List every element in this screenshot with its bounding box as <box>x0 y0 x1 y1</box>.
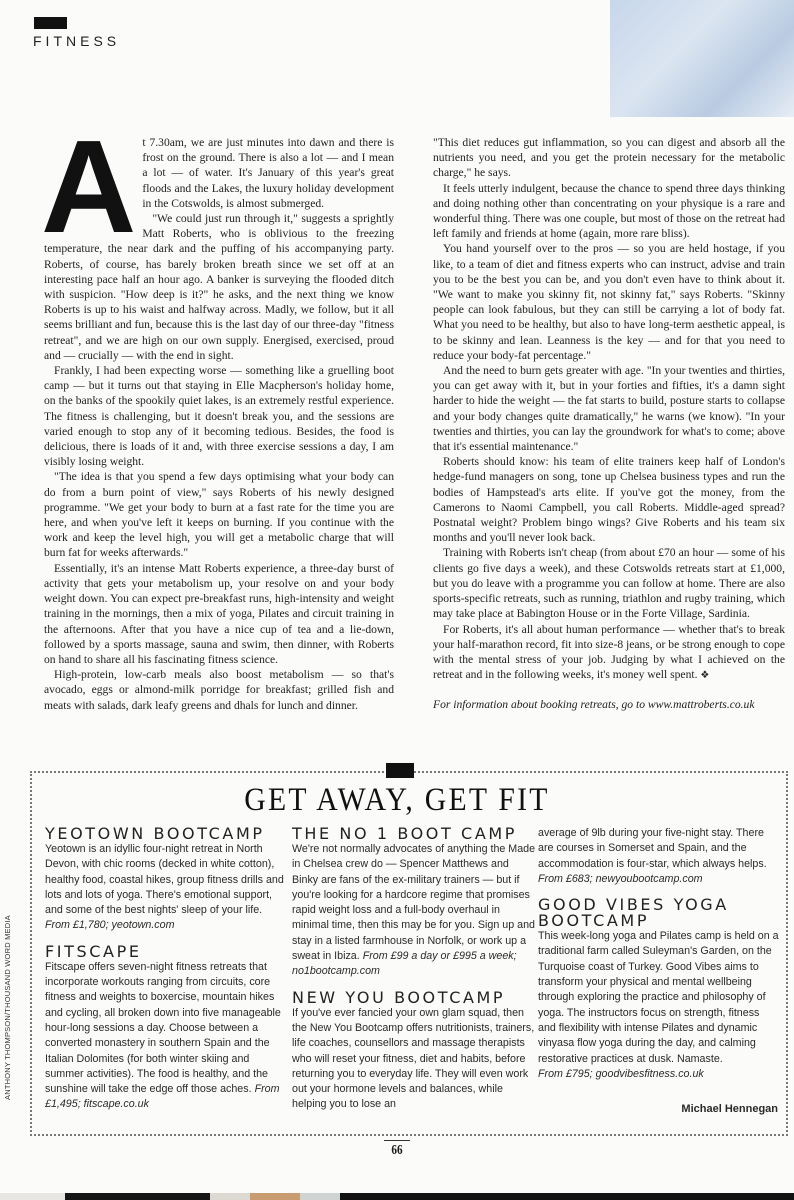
article-column-right: "This diet reduces gut inflammation, so … <box>433 135 785 713</box>
article-paragraph: Training with Roberts isn't cheap (from … <box>433 545 785 621</box>
article-paragraph: You hand yourself over to the pros — so … <box>433 241 785 363</box>
retreat-heading: NEW YOU BOOTCAMP <box>292 990 537 1006</box>
retreat-item-fitscape: FITSCAPE Fitscape offers seven-night fit… <box>45 944 285 1113</box>
retreat-heading: YEOTOWN BOOTCAMP <box>45 826 285 842</box>
retreat-heading: THE NO 1 BOOT CAMP <box>292 826 537 842</box>
final-paragraph-text: For Roberts, it's all about human perfor… <box>433 623 785 682</box>
sidebar-marker-block <box>386 763 414 778</box>
article-column-left: A t 7.30am, we are just minutes into daw… <box>44 135 394 713</box>
retreat-body: Fitscape offers seven-night fitness retr… <box>45 961 281 1095</box>
retreat-price: From £1,780; yeotown.com <box>45 919 175 931</box>
article-paragraph: High-protein, low-carb meals also boost … <box>44 667 394 713</box>
retreat-price: From £683; newyoubootcamp.com <box>538 873 703 885</box>
retreat-item-yeotown: YEOTOWN BOOTCAMP Yeotown is an idyllic f… <box>45 826 285 934</box>
retreat-body-continued: average of 9lb during your five-night st… <box>538 827 767 870</box>
retreat-body: Yeotown is an idyllic four-night retreat… <box>45 843 284 916</box>
article-paragraph: Frankly, I had been expecting worse — so… <box>44 363 394 469</box>
sidebar-column-3: average of 9lb during your five-night st… <box>538 826 780 1117</box>
retreat-item-new-you: NEW YOU BOOTCAMP If you've ever fancied … <box>292 990 537 1113</box>
article-paragraph: And the need to burn gets greater with a… <box>433 363 785 454</box>
page-number-rule <box>384 1140 410 1141</box>
article-paragraph-final: For Roberts, it's all about human perfor… <box>433 622 785 684</box>
article-paragraph: "This diet reduces gut inflammation, so … <box>433 135 785 181</box>
sidebar-title: GET AWAY, GET FIT <box>40 782 755 819</box>
section-label: FITNESS <box>33 33 120 49</box>
retreat-body: If you've ever fancied your own glam squ… <box>292 1007 534 1111</box>
sidebar-column-2: THE NO 1 BOOT CAMP We're not normally ad… <box>292 826 537 1123</box>
retreat-body: We're not normally advocates of anything… <box>292 843 535 962</box>
booking-info-line: For information about booking retreats, … <box>433 697 785 712</box>
drop-cap: A <box>41 135 136 239</box>
retreat-price: From £795; goodvibesfitness.co.uk <box>538 1067 780 1082</box>
retreat-item-no1-boot-camp: THE NO 1 BOOT CAMP We're not normally ad… <box>292 826 537 980</box>
page-number: 66 <box>387 1143 408 1159</box>
corner-photo <box>610 0 794 117</box>
end-mark-icon: ❖ <box>700 670 709 681</box>
article-paragraph: Roberts should know: his team of elite t… <box>433 454 785 545</box>
photo-credit: ANTHONY THOMPSON/THOUSAND WORD MEDIA <box>3 915 12 1100</box>
retreat-heading: FITSCAPE <box>45 944 285 960</box>
next-page-image-strip <box>0 1193 794 1200</box>
sidebar-byline: Michael Hennegan <box>538 1102 780 1117</box>
retreat-item-good-vibes: GOOD VIBES YOGA BOOTCAMP This week-long … <box>538 897 780 1082</box>
sidebar-column-1: YEOTOWN BOOTCAMP Yeotown is an idyllic f… <box>45 826 285 1123</box>
retreat-body: This week-long yoga and Pilates camp is … <box>538 930 779 1064</box>
article-paragraph: Essentially, it's an intense Matt Robert… <box>44 561 394 667</box>
section-marker-block <box>34 17 67 29</box>
article-paragraph: "The idea is that you spend a few days o… <box>44 469 394 560</box>
article-paragraph: It feels utterly indulgent, because the … <box>433 181 785 242</box>
retreat-item-new-you-continued: average of 9lb during your five-night st… <box>538 826 780 887</box>
retreat-heading: GOOD VIBES YOGA BOOTCAMP <box>538 897 780 929</box>
